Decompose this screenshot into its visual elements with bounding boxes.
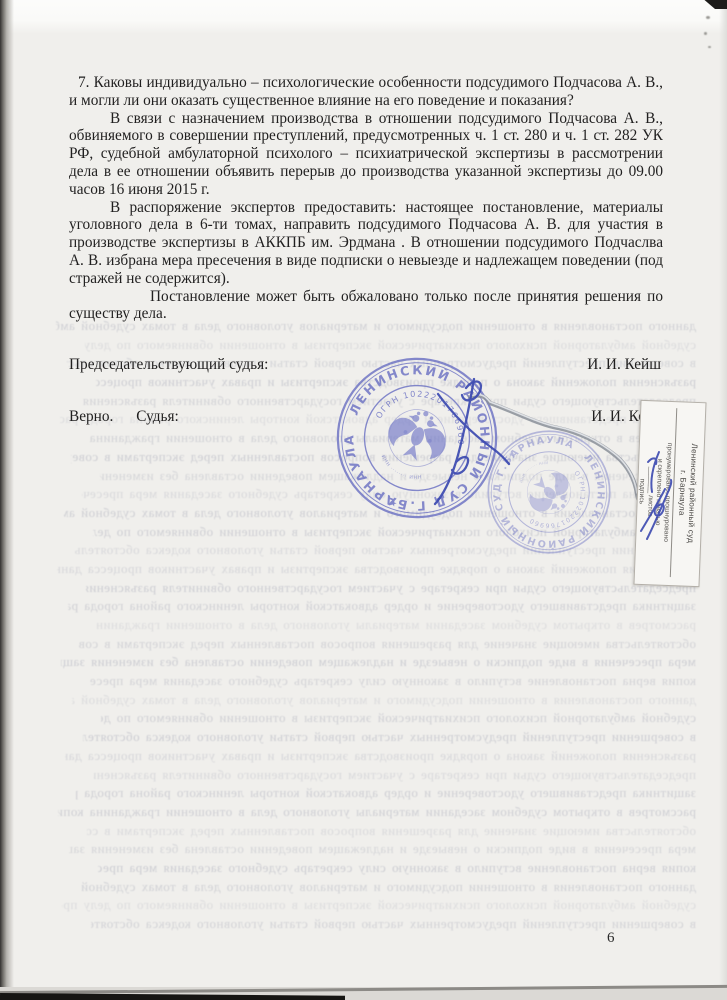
stamps-and-ink: ЛЕНИНСКИЙ РАЙОННЫЙ СУД Г.БАРНАУЛА ОГРН 1… bbox=[0, 0, 727, 1000]
binding-label: Ленинский районный суд г. Барнаула прону… bbox=[633, 400, 706, 587]
scan-speck bbox=[708, 46, 711, 48]
page-number: 6 bbox=[607, 930, 615, 947]
scan-speck bbox=[706, 16, 710, 19]
scanned-court-document: данного постановления в отношении подсуд… bbox=[0, 0, 727, 1000]
binding-label-text: Ленинский районный суд г. Барнаула прону… bbox=[635, 401, 704, 584]
court-stamp-primary bbox=[316, 337, 519, 540]
scan-edge-left bbox=[0, 0, 14, 1000]
scan-edge-right bbox=[719, 0, 727, 1000]
scan-speck bbox=[704, 32, 707, 35]
